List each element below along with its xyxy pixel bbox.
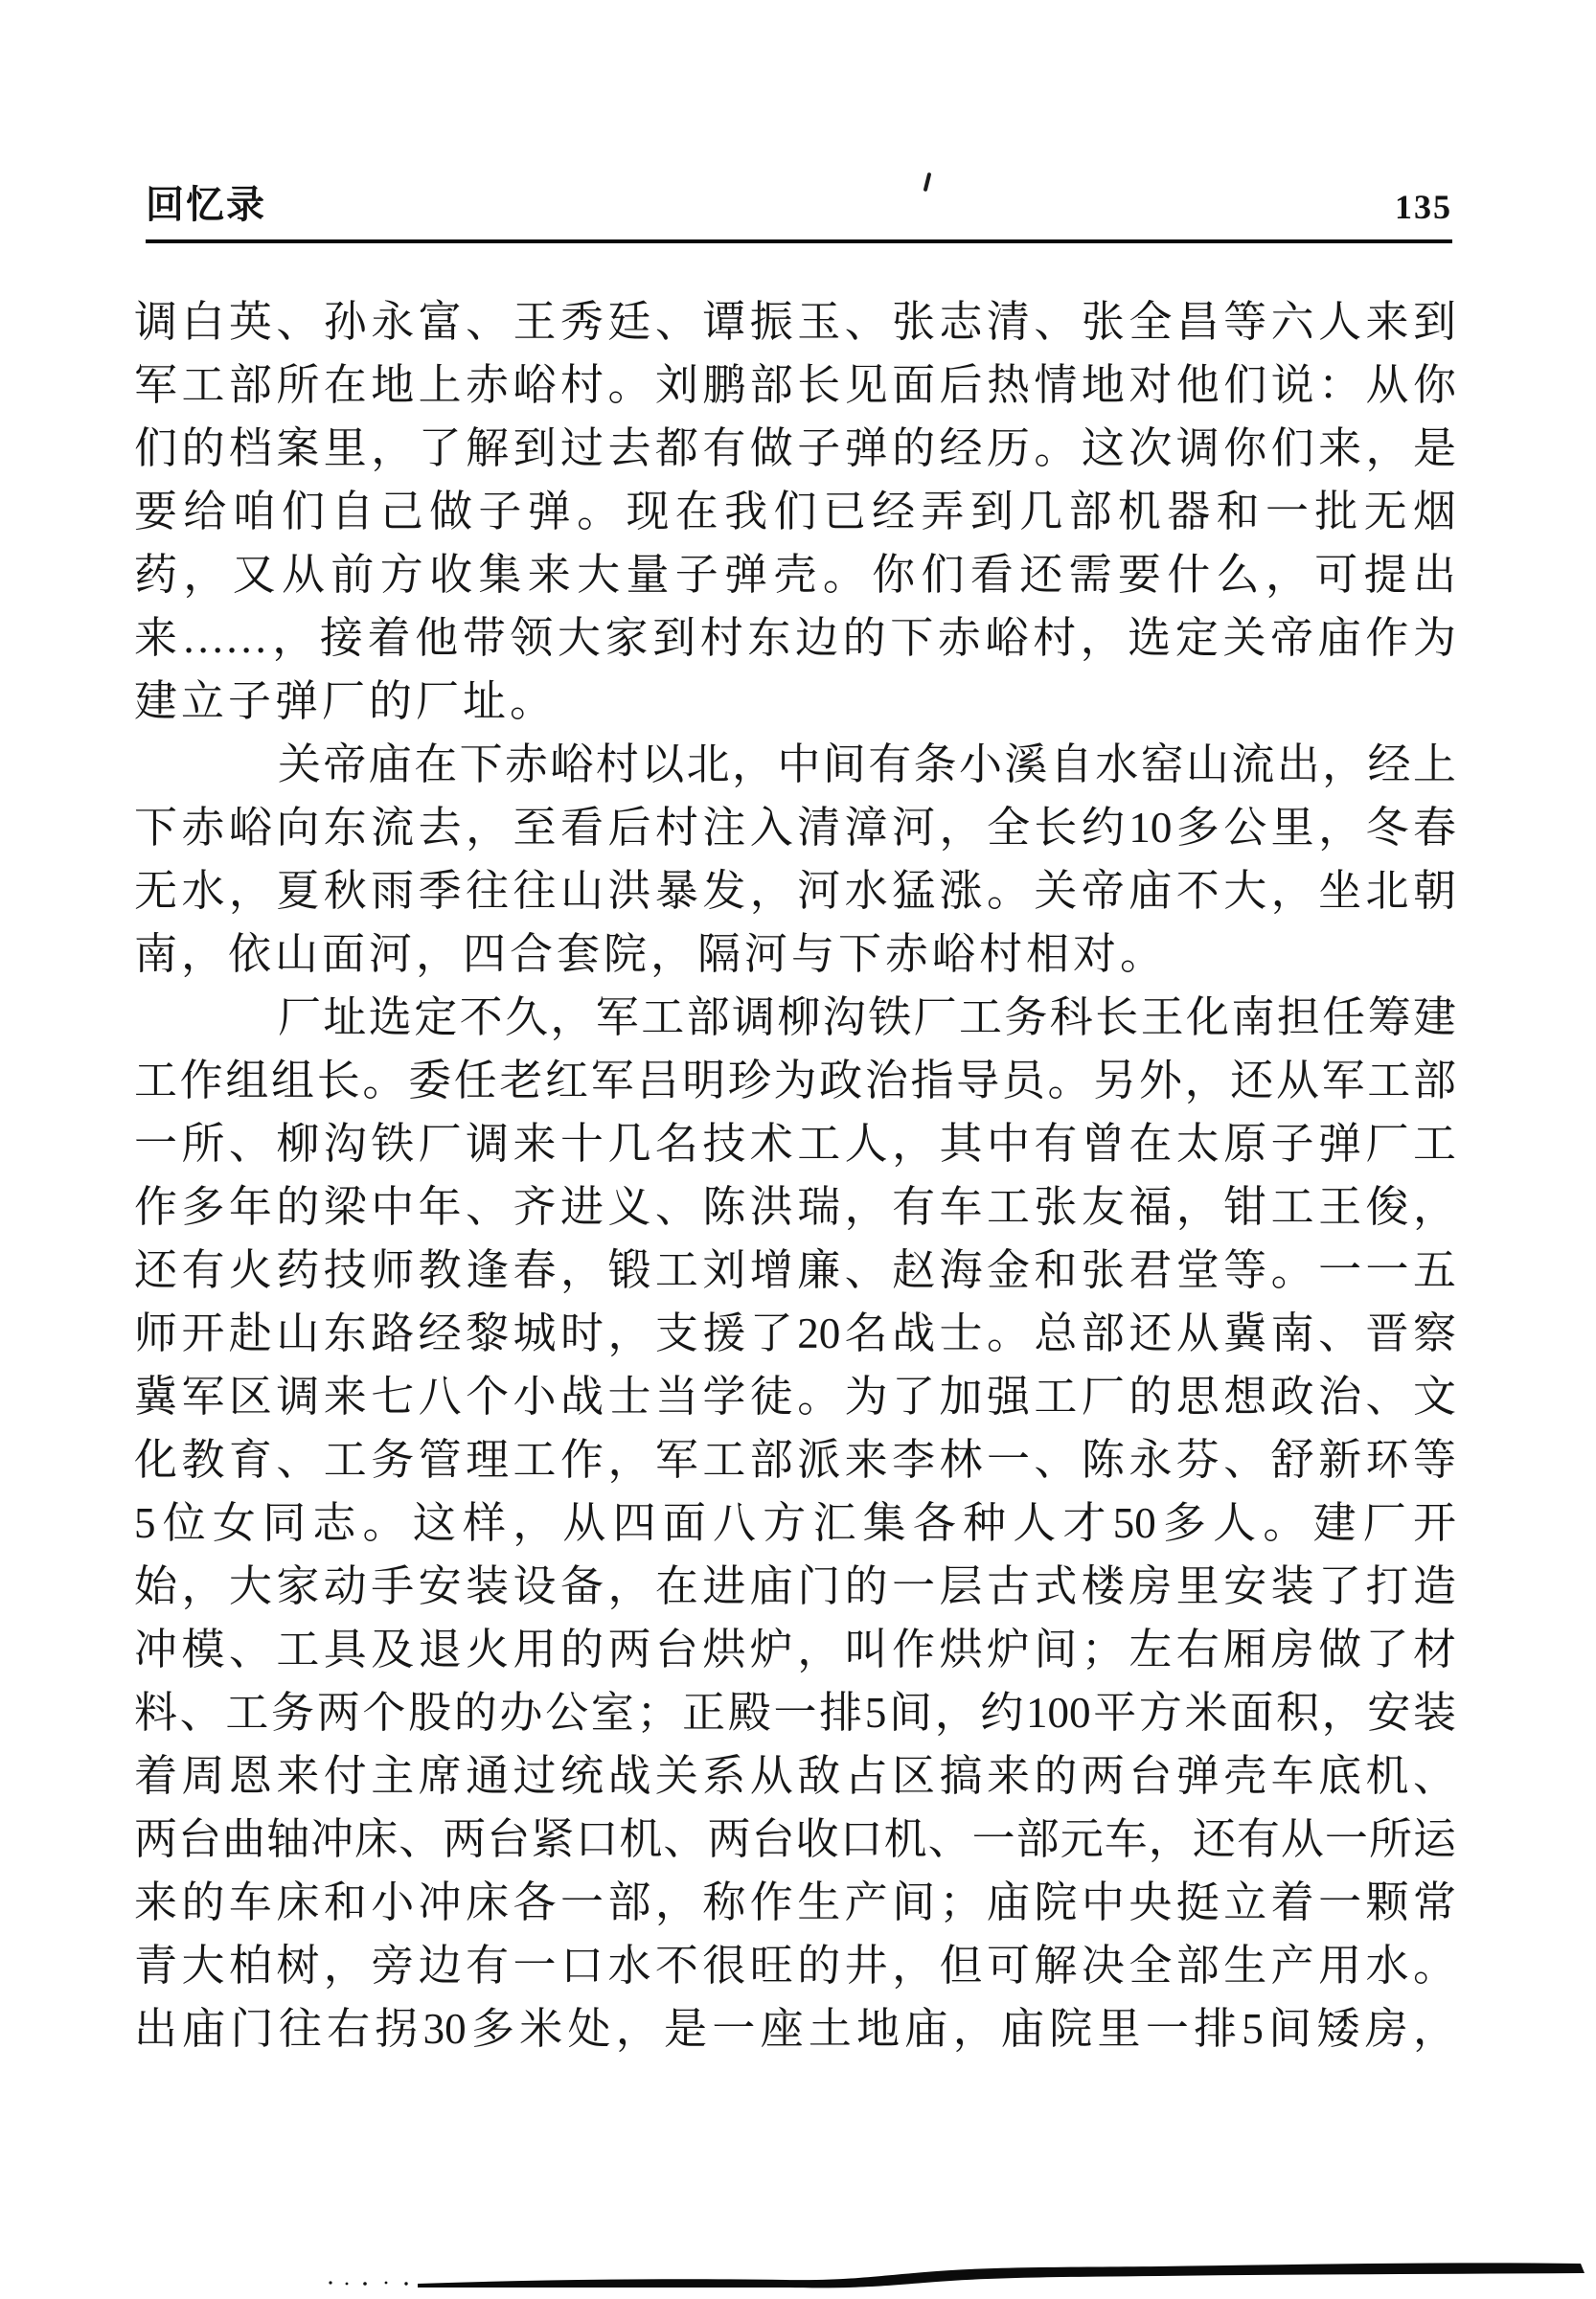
page-body: 调白英、孙永富、王秀廷、谭振玉、张志清、张全昌等六人来到军工部所在地上赤峪村。刘… (134, 290, 1456, 2060)
text-line: 一所、柳沟铁厂调来十几名技术工人，其中有曾在太原子弹厂工 (134, 1112, 1456, 1175)
text-line: 调白英、孙永富、王秀廷、谭振玉、张志清、张全昌等六人来到 (134, 290, 1456, 353)
scan-smudge (0, 2251, 1596, 2299)
text-line: 们的档案里，了解到过去都有做子弹的经历。这次调你们来，是 (134, 417, 1456, 480)
text-line: 药，又从前方收集来大量子弹壳。你们看还需要什么，可提出 (134, 543, 1456, 606)
text-line: 来……，接着他带领大家到村东边的下赤峪村，选定关帝庙作为 (134, 606, 1456, 670)
text-line: 还有火药技师教逢春，锻工刘增廉、赵海金和张君堂等。一一五 (134, 1239, 1456, 1302)
text-line: 厂址选定不久，军工部调柳沟铁厂工务科长王化南担任筹建 (134, 986, 1456, 1049)
text-line: 工作组组长。委任老红军吕明珍为政治指导员。另外，还从军工部 (134, 1049, 1456, 1112)
text-line: 下赤峪向东流去，至看后村注入清漳河，全长约10多公里，冬春 (134, 796, 1456, 859)
text-line: 冲模、工具及退火用的两台烘炉，叫作烘炉间；左右厢房做了材 (134, 1618, 1456, 1681)
text-line: 来的车床和小冲床各一部，称作生产间；庙院中央挺立着一颗常 (134, 1871, 1456, 1934)
text-line: 作多年的梁中年、齐进义、陈洪瑞，有车工张友福，钳工王俊， (134, 1175, 1456, 1239)
scanned-book-page: 回忆录 135 调白英、孙永富、王秀廷、谭振玉、张志清、张全昌等六人来到军工部所… (0, 0, 1596, 2299)
text-line: 出庙门往右拐30多米处，是一座土地庙，庙院里一排5间矮房， (134, 1997, 1456, 2060)
text-line: 关帝庙在下赤峪村以北，中间有条小溪自水窑山流出，经上 (134, 733, 1456, 796)
text-line: 建立子弹厂的厂址。 (134, 670, 1456, 733)
text-line: 5位女同志。这样，从四面八方汇集各种人才50多人。建厂开 (134, 1491, 1456, 1555)
text-line: 着周恩来付主席通过统战关系从敌占区搞来的两台弹壳车底机、 (134, 1744, 1456, 1808)
text-line: 师开赴山东路经黎城时，支援了20名战士。总部还从冀南、晋察 (134, 1302, 1456, 1365)
text-line: 始，大家动手安装设备，在进庙门的一层古式楼房里安装了打造 (134, 1555, 1456, 1618)
text-line: 军工部所在地上赤峪村。刘鹏部长见面后热情地对他们说：从你 (134, 353, 1456, 417)
page-number: 135 (1395, 190, 1452, 224)
text-line: 料、工务两个股的办公室；正殿一排5间，约100平方米面积，安装 (134, 1681, 1456, 1744)
text-line: 无水，夏秋雨季往往山洪暴发，河水猛涨。关帝庙不大，坐北朝 (134, 859, 1456, 922)
text-line: 青大柏树，旁边有一口水不很旺的井，但可解决全部生产用水。 (134, 1934, 1456, 1997)
text-line: 化教育、工务管理工作，军工部派来李林一、陈永芬、舒新环等 (134, 1428, 1456, 1491)
running-title: 回忆录 (146, 186, 266, 224)
text-line: 要给咱们自己做子弹。现在我们已经弄到几部机器和一批无烟 (134, 480, 1456, 543)
text-line: 南，依山面河，四合套院，隔河与下赤峪村相对。 (134, 922, 1456, 986)
text-line: 冀军区调来七八个小战士当学徒。为了加强工厂的思想政治、文 (134, 1365, 1456, 1428)
text-line: 两台曲轴冲床、两台紧口机、两台收口机、一部元车，还有从一所运 (134, 1808, 1456, 1871)
page-header: 回忆录 135 (146, 186, 1452, 243)
